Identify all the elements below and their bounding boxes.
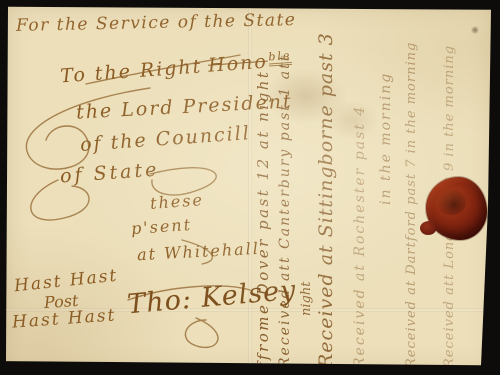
address-line-present: p'sent (130, 215, 192, 238)
address-line-councill: of the Councill (79, 122, 251, 156)
address-line2-prefix: To the Right (60, 56, 203, 88)
letter-paper: For the Service of the State To the Righ… (0, 0, 500, 375)
docket-rochester: Received at Rochester past 4 (352, 68, 374, 368)
docket-rochester-wrap: in the morning (378, 25, 400, 205)
docket-dartford: Received at Dartford past 7 in the morni… (404, 28, 426, 368)
docket-sittingbourne: Received at Sittingborne past 3 (315, 12, 337, 368)
address-line-these: these (149, 190, 204, 213)
scanned-letter-photo: For the Service of the State To the Righ… (0, 0, 500, 375)
docket-from-dover: ffrome Dover past 12 at night (254, 16, 276, 368)
address-line-of-state: of State (59, 159, 160, 188)
docket-canterbury: Received att Canterbury past 1 att (277, 16, 299, 368)
address-line-whitehall: at Whitehall (137, 239, 261, 264)
red-wax-seal (426, 177, 487, 240)
